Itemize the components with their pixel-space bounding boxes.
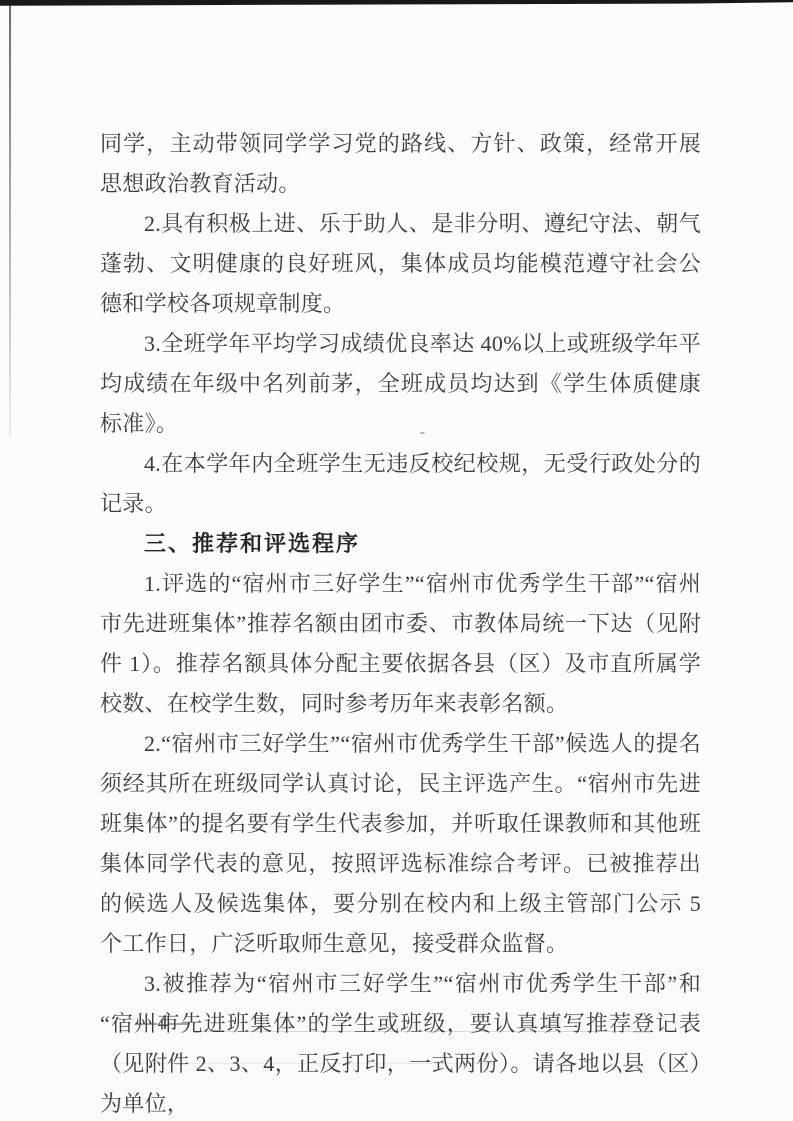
paragraph-criterion-3: 3.全班学年平均学习成绩优良率达 40%以上或班级学年平均成绩在年级中名列前茅，… (100, 324, 701, 444)
page-number: —4— (136, 1007, 190, 1037)
paragraph-procedure-1: 1.评选的“宿州市三好学生”“宿州市优秀学生干部”“宿州市先进班集体”推荐名额由… (100, 564, 701, 724)
document-body: 同学，主动带领同学学习党的路线、方针、政策，经常开展思想政治教育活动。 2.具有… (100, 124, 701, 1121)
paragraph-procedure-3: 3.被推荐为“宿州市三好学生”“宿州市优秀学生干部”和“宿州市先进班集体”的学生… (100, 964, 701, 1121)
paragraph-criterion-4: 4.在本学年内全班学生无违反校纪校规，无受行政处分的记录。 (100, 444, 701, 524)
scan-edge-artifact-top (0, 0, 793, 7)
document-page: 同学，主动带领同学学习党的路线、方针、政策，经常开展思想政治教育活动。 2.具有… (0, 0, 793, 1121)
section-heading: 三、推荐和评选程序 (100, 524, 701, 564)
paragraph-procedure-2: 2.“宿州市三好学生”“宿州市优秀学生干部”候选人的提名须经其所在班级同学认真讨… (100, 724, 701, 964)
scan-edge-artifact-left (9, 5, 11, 437)
paragraph-continuation: 同学，主动带领同学学习党的路线、方针、政策，经常开展思想政治教育活动。 (100, 124, 701, 204)
paragraph-criterion-2: 2.具有积极上进、乐于助人、是非分明、遵纪守法、朝气蓬勃、文明健康的良好班风，集… (100, 204, 701, 324)
